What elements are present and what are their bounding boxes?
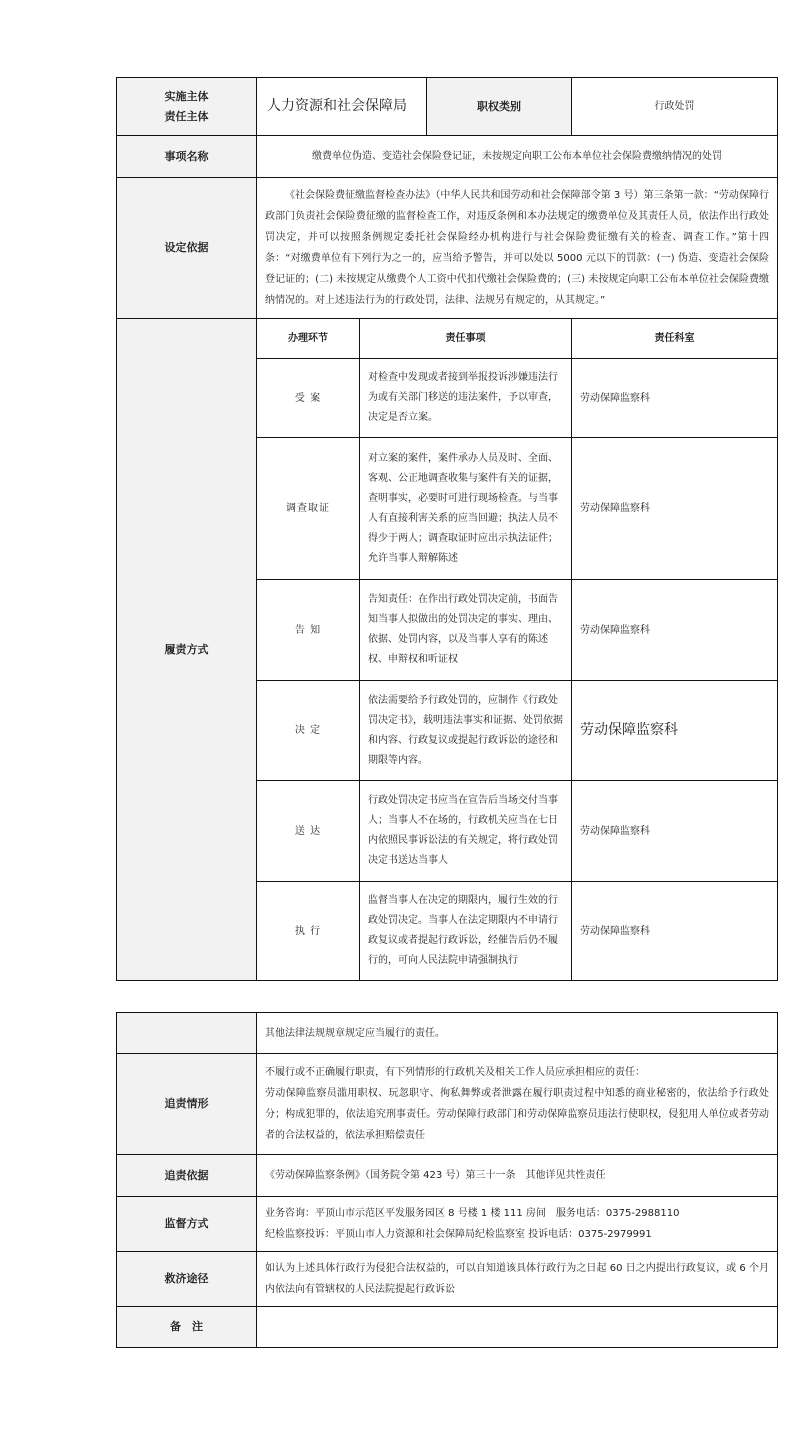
remarks-label: 备 注 <box>117 1307 257 1348</box>
duty-matter: 依法需要给予行政处罚的，应制作《行政处罚决定书》，载明违法事实和证据、处罚依据和… <box>360 681 572 781</box>
remedy-label: 救济途径 <box>117 1252 257 1307</box>
duty-stage: 受 案 <box>257 359 360 438</box>
supervision-complaint: 纪检监察投诉：平顶山市人力资源和社会保障局纪检监察室 投诉电话：0375-297… <box>265 1224 769 1245</box>
duty-label: 履责方式 <box>117 319 257 981</box>
duty-matter: 监督当事人在决定的期限内，履行生效的行政处罚决定。当事人在法定期限内不申请行政复… <box>360 882 572 981</box>
accountability-basis-label: 追责依据 <box>117 1155 257 1197</box>
subject-value: 人力资源和社会保障局 <box>257 78 427 136</box>
accountability-label: 追责情形 <box>117 1054 257 1155</box>
other-duty-row: 其他法律法规规章规定应当履行的责任。 <box>117 1013 778 1054</box>
supervision-row: 监督方式 业务咨询：平顶山市示范区平发服务园区 8 号楼 1 楼 111 房间 … <box>117 1197 778 1252</box>
item-label: 事项名称 <box>117 136 257 178</box>
duty-dept: 劳动保障监察科 <box>572 781 778 882</box>
power-list-table-main: 实施主体 责任主体 人力资源和社会保障局 职权类别 行政处罚 事项名称 缴费单位… <box>116 77 778 981</box>
accountability-row: 追责情形 不履行或不正确履行职责，有下列情形的行政机关及相关工作人员应承担相应的… <box>117 1054 778 1155</box>
duty-matter: 行政处罚决定书应当在宣告后当场交付当事人；当事人不在场的，行政机关应当在七日内依… <box>360 781 572 882</box>
duty-dept: 劳动保障监察科 <box>572 438 778 580</box>
duty-stage: 告 知 <box>257 580 360 681</box>
item-row: 事项名称 缴费单位伪造、变造社会保险登记证，未按规定向职工公布本单位社会保险费缴… <box>117 136 778 178</box>
duty-dept: 劳动保障监察科 <box>572 681 778 781</box>
remedy-text: 如认为上述具体行政行为侵犯合法权益的，可以自知道该具体行政行为之日起 60 日之… <box>257 1252 778 1307</box>
subject-label: 实施主体 责任主体 <box>117 78 257 136</box>
category-label: 职权类别 <box>427 78 572 136</box>
other-duty-text: 其他法律法规规章规定应当履行的责任。 <box>257 1013 778 1054</box>
duty-stage: 调查取证 <box>257 438 360 580</box>
basis-label: 设定依据 <box>117 178 257 319</box>
accountability-line-2: 劳动保障监察员滥用职权、玩忽职守、徇私舞弊或者泄露在履行职责过程中知悉的商业秘密… <box>265 1083 769 1146</box>
accountability-basis-text: 《劳动保障监察条例》（国务院令第 423 号）第三十一条 其他详见共性责任 <box>257 1155 778 1197</box>
supervision-consult: 业务咨询：平顶山市示范区平发服务园区 8 号楼 1 楼 111 房间 服务电话：… <box>265 1203 769 1224</box>
item-value: 缴费单位伪造、变造社会保险登记证，未按规定向职工公布本单位社会保险费缴纳情况的处… <box>257 136 778 178</box>
duty-matter: 告知责任：在作出行政处罚决定前，书面告知当事人拟做出的处罚决定的事实、理由、依据… <box>360 580 572 681</box>
col-header-matter: 责任事项 <box>360 319 572 359</box>
other-duty-label <box>117 1013 257 1054</box>
category-value: 行政处罚 <box>572 78 778 136</box>
supervision-label: 监督方式 <box>117 1197 257 1252</box>
col-header-dept: 责任科室 <box>572 319 778 359</box>
duty-stage: 决 定 <box>257 681 360 781</box>
duty-dept: 劳动保障监察科 <box>572 580 778 681</box>
duty-stage: 执 行 <box>257 882 360 981</box>
supervision-text: 业务咨询：平顶山市示范区平发服务园区 8 号楼 1 楼 111 房间 服务电话：… <box>257 1197 778 1252</box>
duty-dept: 劳动保障监察科 <box>572 882 778 981</box>
duty-matter: 对检查中发现或者接到举报投诉涉嫌违法行为或有关部门移送的违法案件，予以审查，决定… <box>360 359 572 438</box>
duty-header-row: 履责方式 办理环节 责任事项 责任科室 <box>117 319 778 359</box>
subject-row: 实施主体 责任主体 人力资源和社会保障局 职权类别 行政处罚 <box>117 78 778 136</box>
basis-text: 《社会保险费征缴监督检查办法》（中华人民共和国劳动和社会保障部令第 3 号）第三… <box>257 178 778 319</box>
remedy-row: 救济途径 如认为上述具体行政行为侵犯合法权益的，可以自知道该具体行政行为之日起 … <box>117 1252 778 1307</box>
accountability-line-1: 不履行或不正确履行职责，有下列情形的行政机关及相关工作人员应承担相应的责任： <box>265 1062 769 1083</box>
remarks-value <box>257 1307 778 1348</box>
accountability-basis-row: 追责依据 《劳动保障监察条例》（国务院令第 423 号）第三十一条 其他详见共性… <box>117 1155 778 1197</box>
accountability-text: 不履行或不正确履行职责，有下列情形的行政机关及相关工作人员应承担相应的责任： 劳… <box>257 1054 778 1155</box>
power-list-table-continued: 其他法律法规规章规定应当履行的责任。 追责情形 不履行或不正确履行职责，有下列情… <box>116 1012 778 1348</box>
col-header-stage: 办理环节 <box>257 319 360 359</box>
duty-dept: 劳动保障监察科 <box>572 359 778 438</box>
remarks-row: 备 注 <box>117 1307 778 1348</box>
duty-stage: 送 达 <box>257 781 360 882</box>
duty-matter: 对立案的案件，案件承办人员及时、全面、客观、公正地调查收集与案件有关的证据，查明… <box>360 438 572 580</box>
basis-row: 设定依据 《社会保险费征缴监督检查办法》（中华人民共和国劳动和社会保障部令第 3… <box>117 178 778 319</box>
